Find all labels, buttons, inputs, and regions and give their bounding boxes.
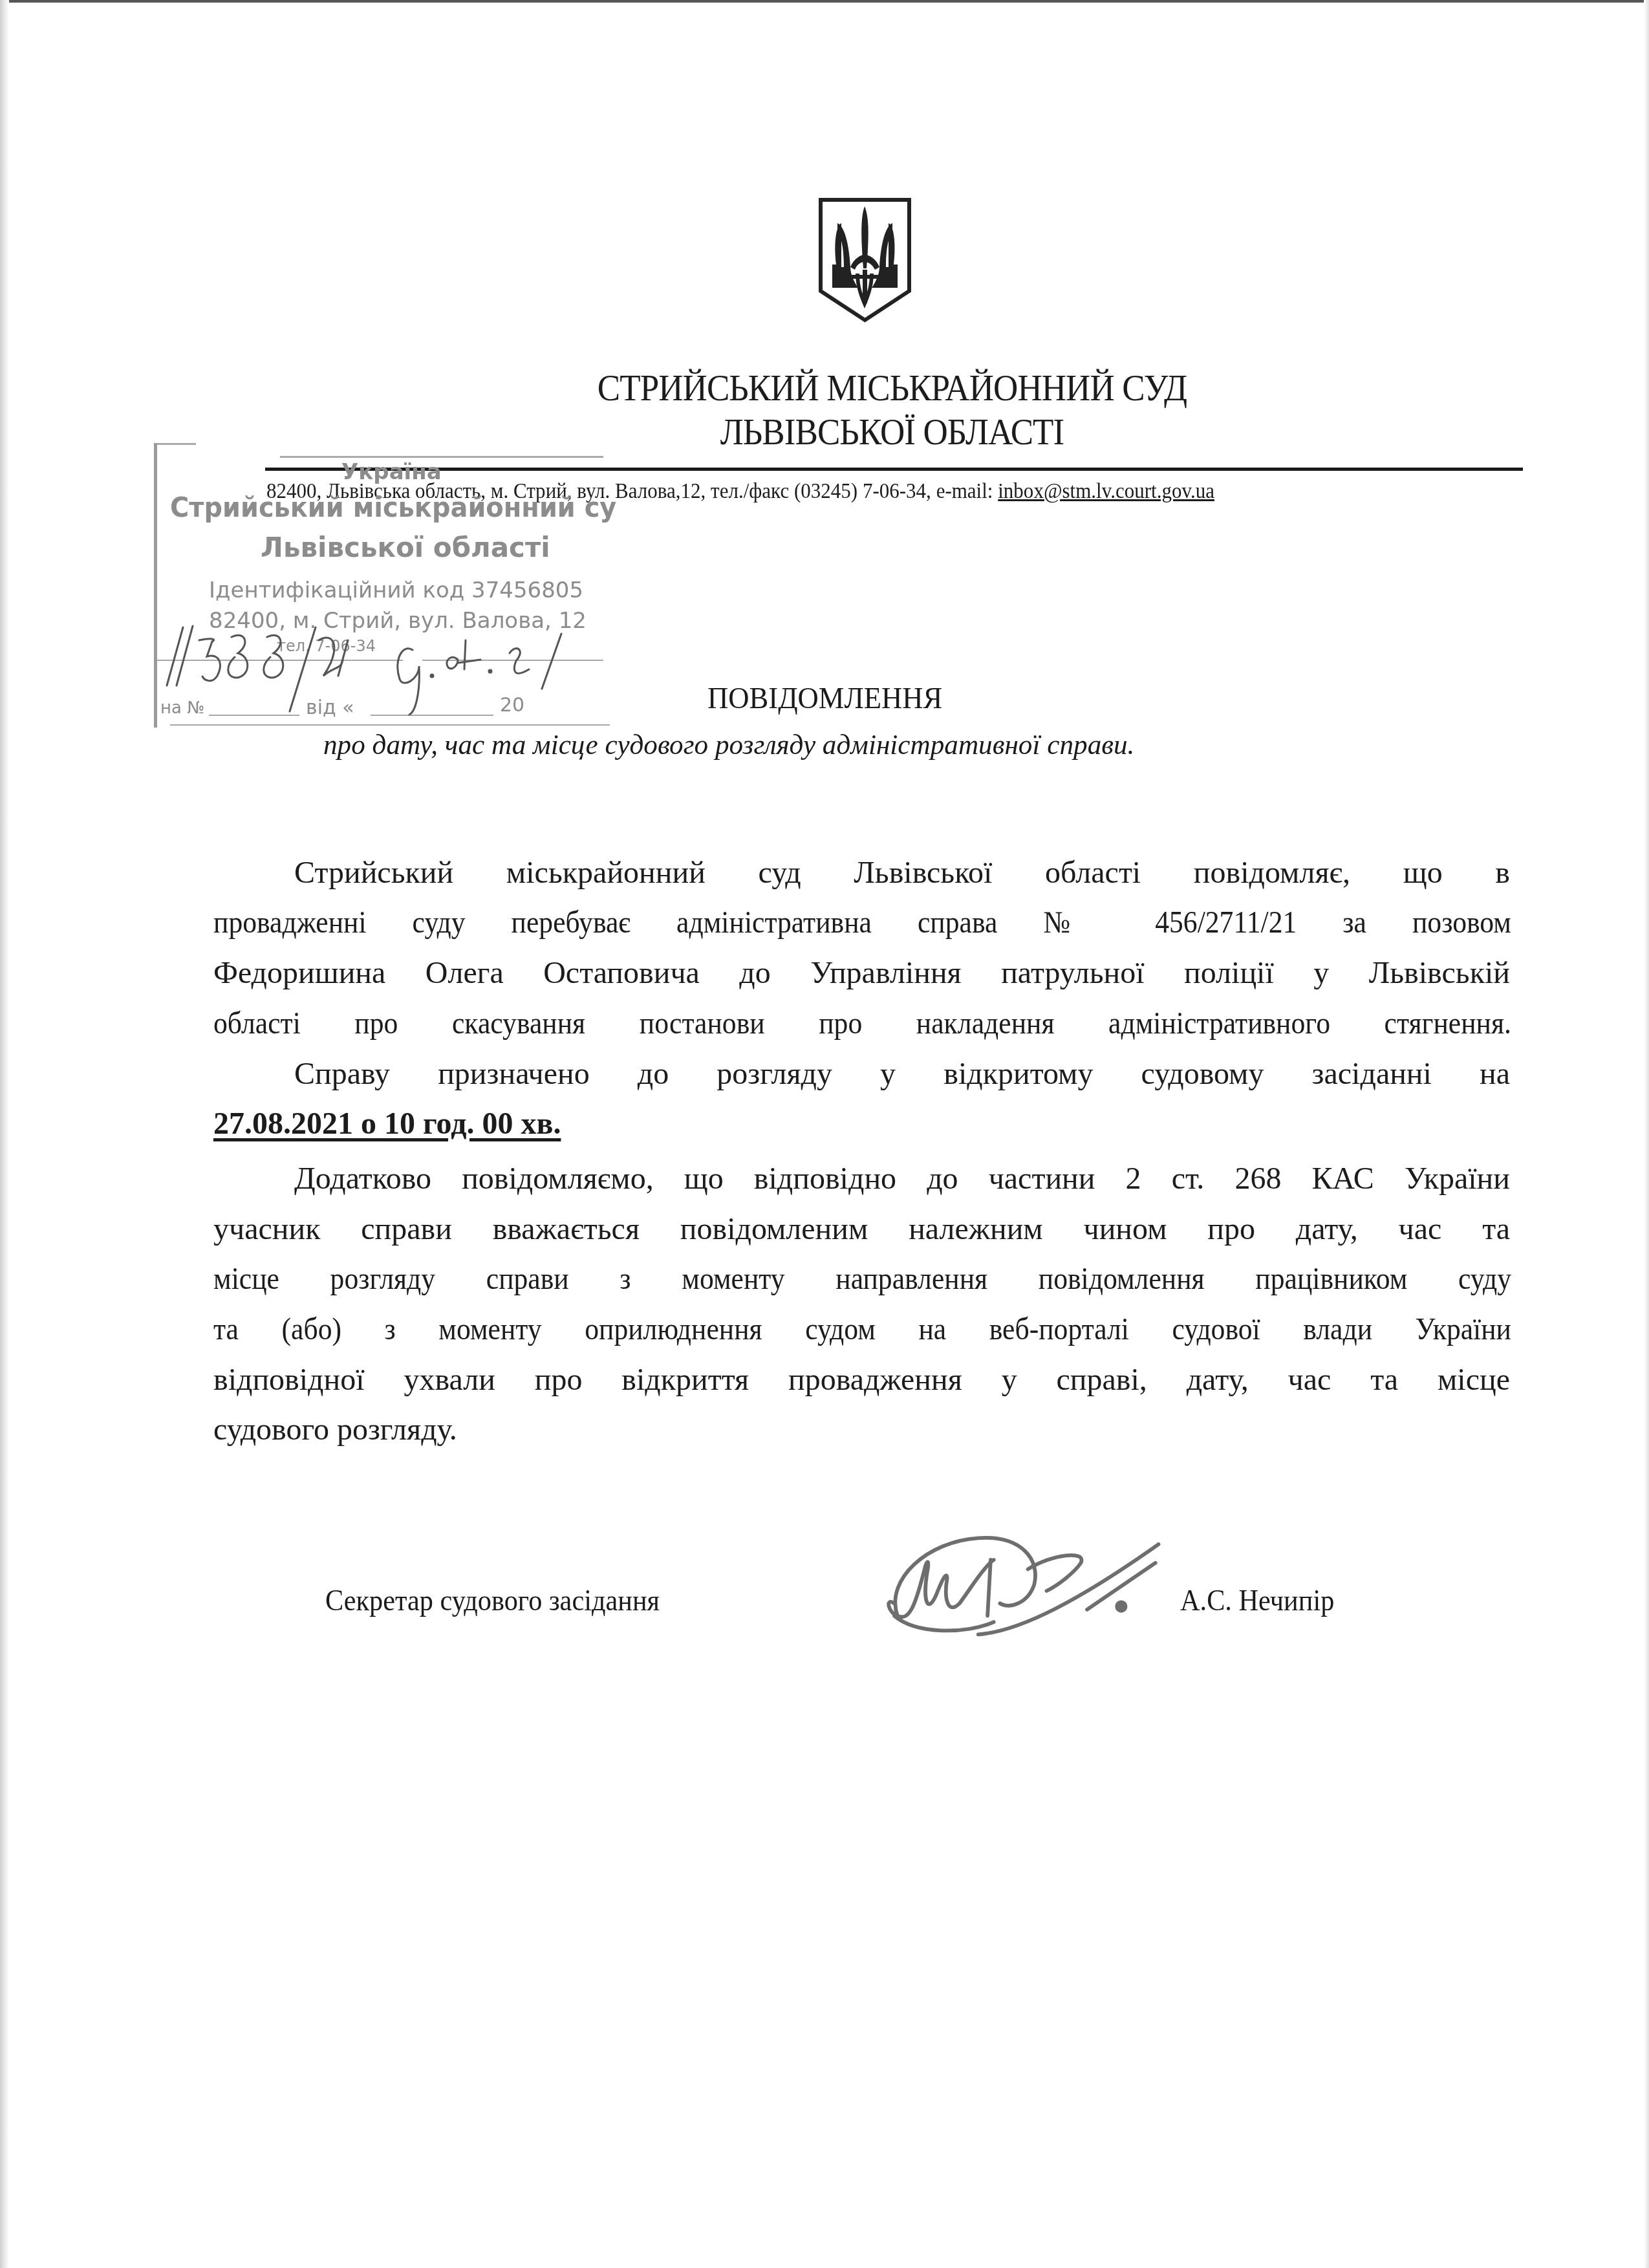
paragraph1-line3: Федоришина Олега Остаповича до Управлінн… — [213, 955, 1510, 991]
stamp-id-code: Ідентифікаційний код 37456805 — [209, 578, 583, 603]
paragraph1-line2: провадженні суду перебуває адміністратив… — [213, 905, 1510, 941]
paragraph1-line1: Стрийський міськрайонний суд Львівської … — [294, 855, 1510, 891]
stamp-country: Україна — [341, 459, 442, 485]
stamp-court-name: Стрийський міськрайонний су — [170, 491, 616, 523]
document-title: ПОВІДОМЛЕННЯ — [707, 681, 942, 716]
paragraph3-line3: місце розгляду справи з моменту направле… — [213, 1261, 1510, 1297]
email-link[interactable]: inbox@stm.lv.court.gov.ua — [998, 480, 1214, 503]
document-subtitle: про дату, час та місце судового розгляду… — [323, 728, 1134, 761]
scan-edge-right — [1644, 0, 1649, 2268]
paragraph2-line1: Справу призначено до розгляду у відкрито… — [294, 1056, 1510, 1092]
paragraph3-line4-text: та (або) з моменту оприлюднення судом на… — [213, 1312, 1511, 1348]
paragraph1-line2-text: провадженні суду перебуває адміністратив… — [213, 905, 1511, 941]
court-name-line1: СТРИЙСЬКИЙ МІСЬКРАЙОННИЙ СУД — [125, 367, 1649, 409]
stamp-border-top-line — [280, 456, 603, 458]
paragraph1-line4: області про скасування постанови про нак… — [213, 1006, 1510, 1042]
scan-edge-left — [0, 0, 9, 2268]
signatory-role: Секретар судового засідання — [325, 1583, 660, 1617]
handwritten-registration-icon — [154, 614, 620, 744]
stamp-border-top — [157, 443, 196, 445]
handwritten-signature-icon — [860, 1520, 1183, 1662]
scan-edge-top — [0, 0, 1649, 3]
paragraph1-line4-text: області про скасування постанови про нак… — [213, 1006, 1511, 1042]
signatory-name: А.С. Нечипір — [1180, 1583, 1334, 1617]
coat-of-arms-icon — [818, 197, 912, 323]
paragraph3-line5: відповідної ухвали про відкриття провадж… — [213, 1362, 1510, 1398]
hearing-datetime: 27.08.2021 о 10 год. 00 хв. — [213, 1106, 1510, 1142]
paragraph3-line4: та (або) з моменту оприлюднення судом на… — [213, 1312, 1510, 1348]
paragraph3-line3-text: місце розгляду справи з моменту направле… — [213, 1261, 1511, 1297]
stamp-region: Львівської області — [261, 532, 550, 563]
paragraph3-line2: учасник справи вважається повідомленим н… — [213, 1211, 1510, 1247]
document-page: СТРИЙСЬКИЙ МІСЬКРАЙОННИЙ СУД ЛЬВІВСЬКОЇ … — [0, 0, 1649, 2268]
paragraph3-line6: судового розгляду. — [213, 1412, 1510, 1448]
paragraph3-line1: Додатково повідомляємо, що відповідно до… — [294, 1161, 1510, 1197]
